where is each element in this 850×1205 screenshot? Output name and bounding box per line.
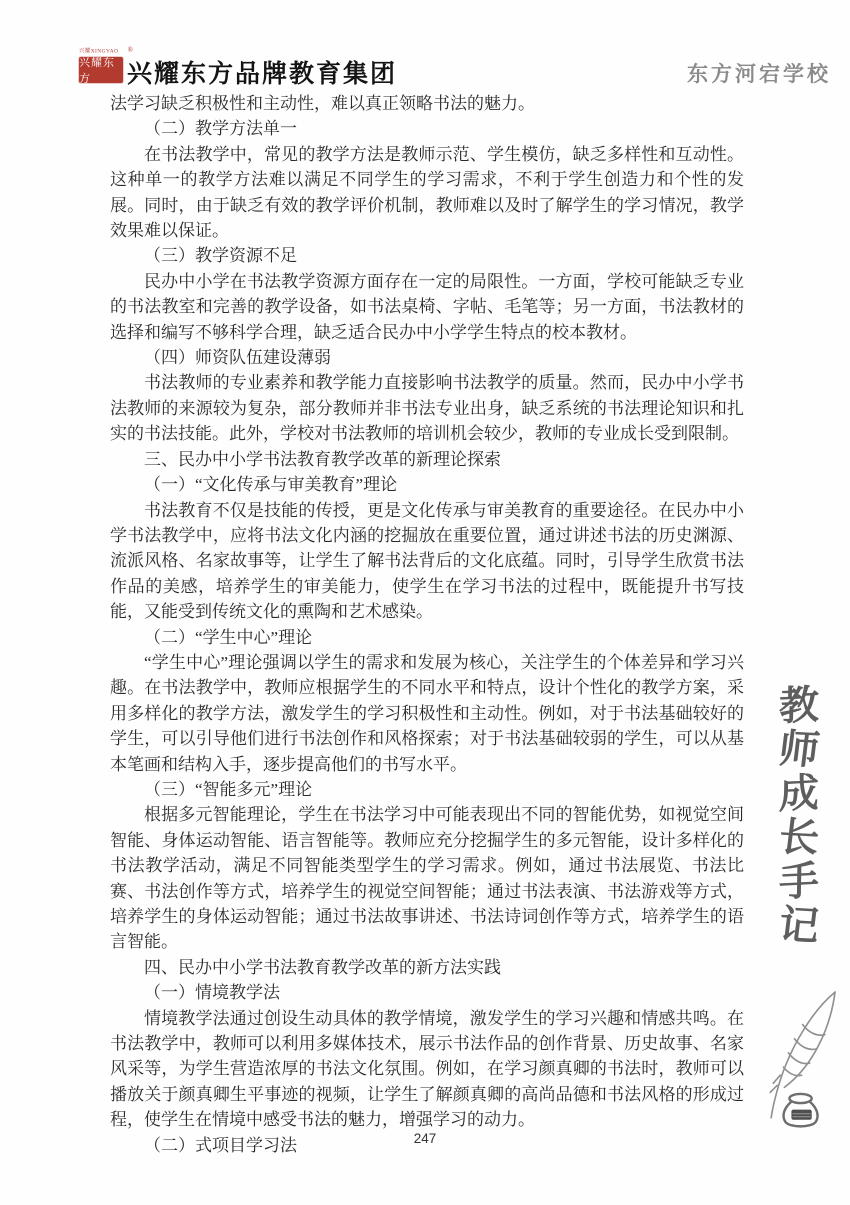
quill-and-ink-icon (744, 984, 849, 1136)
paragraph-heading: （三）教学资源不足 (110, 243, 744, 268)
paragraph: 法学习缺乏积极性和主动性，难以真正领略书法的魅力。 (110, 91, 744, 116)
paragraph-heading: （三）“智能多元”理论 (110, 777, 744, 802)
seal-icon: 兴耀东方 (79, 57, 123, 83)
paragraph: 根据多元智能理论，学生在书法学习中可能表现出不同的智能优势，如视觉空间智能、身体… (110, 802, 744, 954)
document-page: 兴耀XINGYAO 兴耀东方 ® 兴耀东方品牌教育集团 东方河宕学校 法学习缺乏… (0, 0, 850, 1205)
paragraph: “学生中心”理论强调以学生的需求和发展为核心，关注学生的个体差异和学习兴趣。在书… (110, 650, 744, 777)
paragraph-heading: （一）情境教学法 (110, 980, 744, 1005)
body-text: 法学习缺乏积极性和主动性，难以真正领略书法的魅力。（二）教学方法单一在书法教学中… (110, 91, 744, 1158)
paragraph-heading: （一）“文化传承与审美教育”理论 (110, 472, 744, 497)
calligraphy-char: 教 (779, 685, 820, 727)
calligraphy-char: 手 (779, 861, 820, 903)
paragraph-heading: （二）“学生中心”理论 (110, 625, 744, 650)
paragraph-heading: 三、民办中小学书法教育教学改革的新理论探索 (110, 447, 744, 472)
registered-trademark-icon: ® (128, 46, 133, 54)
paragraph-heading: 四、民办中小学书法教育教学改革的新方法实践 (110, 955, 744, 980)
seal-top-text: 兴耀XINGYAO (79, 49, 122, 55)
page-number: 247 (0, 1131, 850, 1146)
calligraphy-char: 成 (779, 773, 820, 815)
brand-seal-logo: 兴耀XINGYAO 兴耀东方 ® (79, 49, 127, 83)
calligraphy-char: 记 (777, 905, 822, 947)
paragraph: 情境教学法通过创设生动具体的教学情境，激发学生的学习兴趣和情感共鸣。在书法教学中… (110, 1006, 744, 1133)
paragraph: 民办中小学在书法教学资源方面存在一定的局限性。一方面，学校可能缺乏专业的书法教室… (110, 269, 744, 345)
paragraph-heading: （二）教学方法单一 (110, 116, 744, 141)
group-name: 兴耀东方品牌教育集团 (127, 54, 397, 90)
paragraph: 书法教育不仅是技能的传授，更是文化传承与审美教育的重要途径。在民办中小学书法教学… (110, 498, 744, 625)
paragraph: 书法教师的专业素养和教学能力直接影响书法教学的质量。然而，民办中小学书法教师的来… (110, 370, 744, 446)
paragraph: 在书法教学中，常见的教学方法是教师示范、学生模仿，缺乏多样性和互动性。这种单一的… (110, 142, 744, 244)
paragraph-heading: （四）师资队伍建设薄弱 (110, 345, 744, 370)
school-name: 东方河宕学校 (687, 58, 831, 88)
calligraphy-char: 师 (777, 729, 822, 771)
page-header: 兴耀XINGYAO 兴耀东方 ® 兴耀东方品牌教育集团 东方河宕学校 (0, 0, 850, 100)
calligraphy-char: 长 (777, 817, 822, 859)
vertical-calligraphy: 教师成长手记 (768, 686, 830, 946)
